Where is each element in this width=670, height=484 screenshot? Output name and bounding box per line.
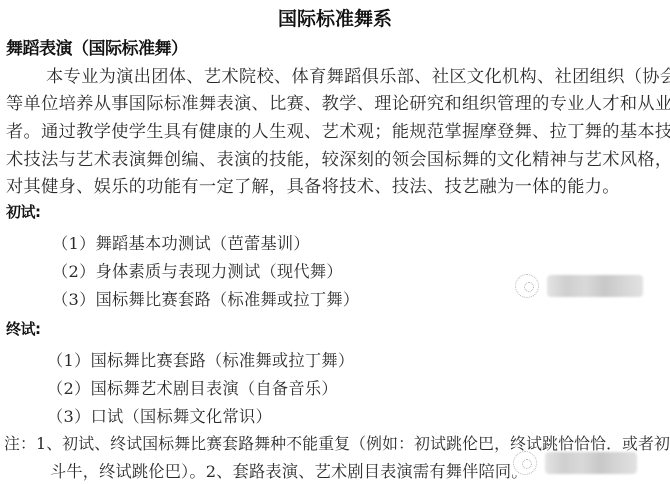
preliminary-exam-item: （1）舞蹈基本功测试（芭蕾基训） <box>52 230 310 254</box>
watermark <box>513 451 643 475</box>
final-exam-item: （3）口试（国标舞文化常识） <box>47 403 272 427</box>
note-line: 斗牛，终试跳伦巴）。2、套路表演、艺术剧目表演需有舞伴陪同。 <box>50 458 528 482</box>
final-exam-item: （2）国标舞艺术剧目表演（自备音乐） <box>47 375 338 399</box>
description-line: 者。通过教学使学生具有健康的人生观、艺术观；能规范掌握摩登舞、拉丁舞的基本技 <box>6 117 670 142</box>
preliminary-exam-item: （2）身体素质与表现力测试（现代舞） <box>52 258 343 282</box>
wechat-logo-icon <box>513 451 537 475</box>
watermark <box>515 274 643 298</box>
final-exam-item: （1）国标舞比赛套路（标准舞或拉丁舞） <box>47 347 354 371</box>
description-line: 术技法与艺术表演舞创编、表演的技能，较深刻的领会国标舞的文化精神与艺术风格， <box>6 145 670 170</box>
description-line: 等单位培养从事国际标准舞表演、比赛、教学、理论研究和组织管理的专业人才和从业 <box>6 89 670 114</box>
blurred-account-name <box>545 452 637 474</box>
page-title: 国际标准舞系 <box>0 4 670 31</box>
description-line: 对其健身、娱乐的功能有一定了解，具备将技术、技法、技艺融为一体的能力。 <box>6 172 620 197</box>
wechat-logo-icon <box>515 274 539 298</box>
section-heading: 舞蹈表演（国际标准舞） <box>6 34 188 59</box>
preliminary-exam-item: （3）国标舞比赛套路（标准舞或拉丁舞） <box>52 286 359 310</box>
description-line: 本专业为演出团体、艺术院校、体育舞蹈俱乐部、社区文化机构、社团组织（协会） <box>46 62 670 87</box>
blurred-account-name <box>547 275 643 297</box>
preliminary-exam-label: 初试: <box>6 201 41 222</box>
final-exam-label: 终试: <box>6 318 41 339</box>
